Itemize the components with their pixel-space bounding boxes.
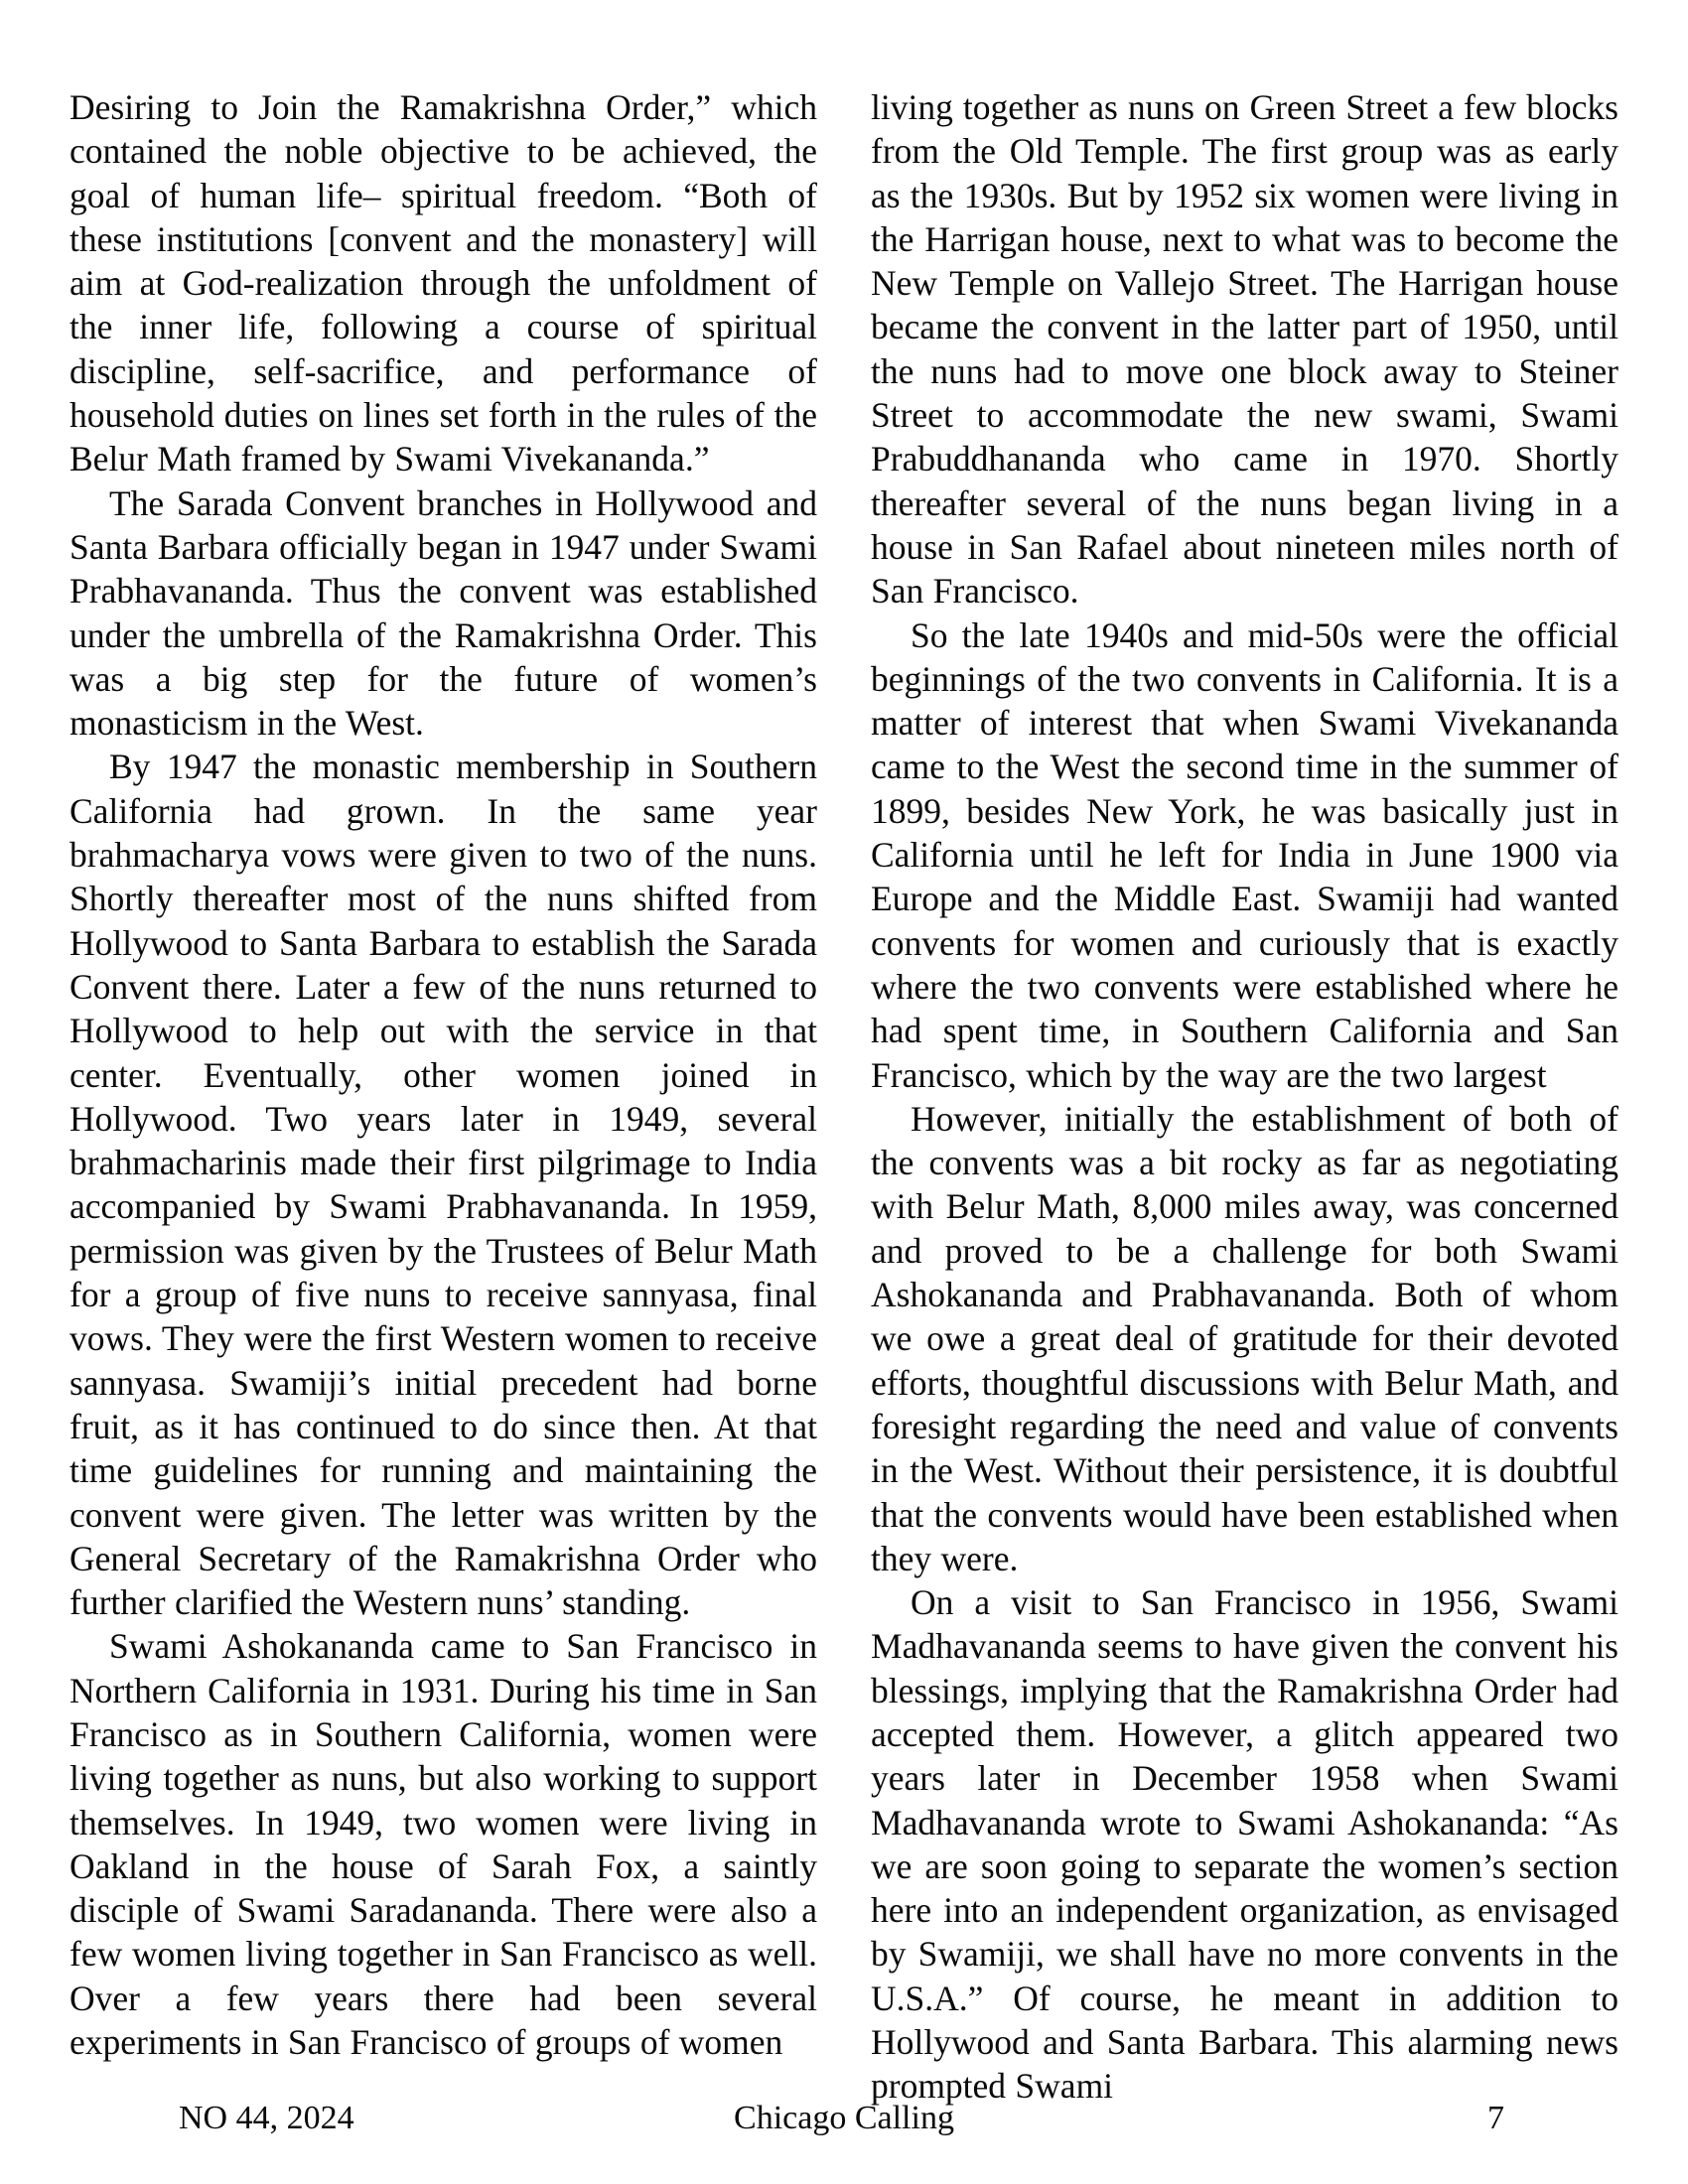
paragraph: living together as nuns on Green Street …	[871, 85, 1618, 614]
document-page: Desiring to Join the Ramakrishna Order,”…	[0, 0, 1688, 2184]
paragraph: Desiring to Join the Ramakrishna Order,”…	[70, 85, 817, 481]
footer-journal-title: Chicago Calling	[734, 2097, 954, 2140]
right-column: living together as nuns on Green Street …	[871, 85, 1618, 2109]
paragraph: The Sarada Convent branches in Hollywood…	[70, 481, 817, 746]
footer-page-number: 7	[1487, 2097, 1504, 2140]
page-footer: NO 44, 2024 Chicago Calling 7	[70, 2097, 1618, 2150]
paragraph: However, initially the establishment of …	[871, 1097, 1618, 1580]
text-columns: Desiring to Join the Ramakrishna Order,”…	[70, 85, 1618, 2109]
footer-issue-number: NO 44, 2024	[179, 2097, 354, 2140]
paragraph: On a visit to San Francisco in 1956, Swa…	[871, 1580, 1618, 2109]
left-column: Desiring to Join the Ramakrishna Order,”…	[70, 85, 817, 2109]
paragraph: Swami Ashokananda came to San Francisco …	[70, 1624, 817, 2064]
paragraph: So the late 1940s and mid-50s were the o…	[871, 614, 1618, 1097]
paragraph: By 1947 the monastic membership in South…	[70, 745, 817, 1624]
